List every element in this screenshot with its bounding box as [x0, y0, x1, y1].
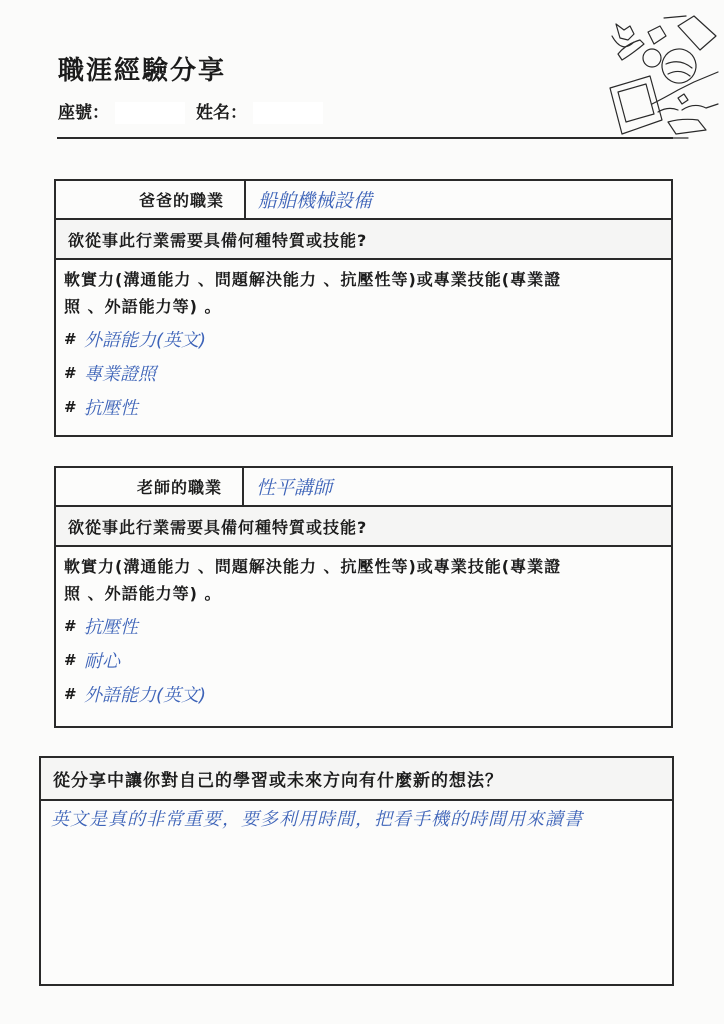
student-name-label: 姓名： — [196, 103, 247, 123]
teacher-job-label: 老師的職業 — [56, 468, 244, 505]
skill-answer-text: 專業證照 — [80, 360, 156, 386]
skills-prompt-line-1: 軟實力(溝通能力 、問題解決能力 、抗壓性等)或專業技能(專業證 — [64, 266, 659, 293]
skill-answer-text: 耐心 — [80, 647, 120, 673]
skills-prompt-line-1: 軟實力(溝通能力 、問題解決能力 、抗壓性等)或專業技能(專業證 — [64, 553, 659, 580]
hash-marker: # — [64, 685, 80, 703]
skill-answer-item: # 抗壓性 — [64, 611, 659, 641]
skill-answer-text: 抗壓性 — [80, 613, 138, 639]
student-name-value[interactable] — [253, 102, 323, 124]
reflection-card: 從分享中讓你對自己的學習或未來方向有什麼新的想法？ 英文是真的非常重要，要多利用… — [39, 756, 674, 986]
student-name-field: 姓名： — [196, 98, 323, 124]
skills-answer-area[interactable]: 軟實力(溝通能力 、問題解決能力 、抗壓性等)或專業技能(專業證 照 、外語能力… — [56, 547, 671, 709]
skills-question: 欲從事此行業需要具備何種特質或技能? — [56, 507, 671, 547]
skill-answer-item: # 專業證照 — [64, 358, 659, 388]
hands-at-desk-line-drawing-icon — [598, 14, 720, 142]
skills-prompt-line-2: 照 、外語能力等) 。 — [64, 293, 659, 320]
hash-marker: # — [64, 330, 80, 348]
hash-marker: # — [64, 617, 80, 635]
seat-number-field: 座號： — [58, 98, 185, 124]
father-job-answer[interactable]: 船舶機械設備 — [246, 181, 671, 218]
seat-number-value[interactable] — [115, 102, 185, 124]
skills-prompt-line-2: 照 、外語能力等) 。 — [64, 580, 659, 607]
header-divider — [57, 137, 673, 139]
reflection-question: 從分享中讓你對自己的學習或未來方向有什麼新的想法？ — [41, 758, 672, 801]
skill-answer-text: 抗壓性 — [80, 394, 138, 420]
father-job-label: 爸爸的職業 — [56, 181, 246, 218]
teacher-job-answer[interactable]: 性平講師 — [244, 468, 671, 505]
skills-question: 欲從事此行業需要具備何種特質或技能? — [56, 220, 671, 260]
reflection-answer[interactable]: 英文是真的非常重要，要多利用時間，把看手機的時間用來讀書 — [41, 801, 672, 835]
seat-number-label: 座號： — [58, 103, 109, 123]
skill-answer-text: 外語能力(英文) — [80, 326, 206, 352]
skill-answer-text: 外語能力(英文) — [80, 681, 206, 707]
hash-marker: # — [64, 364, 80, 382]
skill-answer-item: # 外語能力(英文) — [64, 324, 659, 354]
skill-answer-item: # 外語能力(英文) — [64, 679, 659, 709]
job-row: 老師的職業 性平講師 — [56, 468, 671, 507]
skill-answer-item: # 抗壓性 — [64, 392, 659, 422]
teacher-occupation-card: 老師的職業 性平講師 欲從事此行業需要具備何種特質或技能? 軟實力(溝通能力 、… — [54, 466, 673, 728]
skill-answer-item: # 耐心 — [64, 645, 659, 675]
job-row: 爸爸的職業 船舶機械設備 — [56, 181, 671, 220]
worksheet-title: 職涯經驗分享 — [58, 50, 226, 87]
hash-marker: # — [64, 398, 80, 416]
father-occupation-card: 爸爸的職業 船舶機械設備 欲從事此行業需要具備何種特質或技能? 軟實力(溝通能力… — [54, 179, 673, 437]
skills-answer-area[interactable]: 軟實力(溝通能力 、問題解決能力 、抗壓性等)或專業技能(專業證 照 、外語能力… — [56, 260, 671, 422]
hash-marker: # — [64, 651, 80, 669]
